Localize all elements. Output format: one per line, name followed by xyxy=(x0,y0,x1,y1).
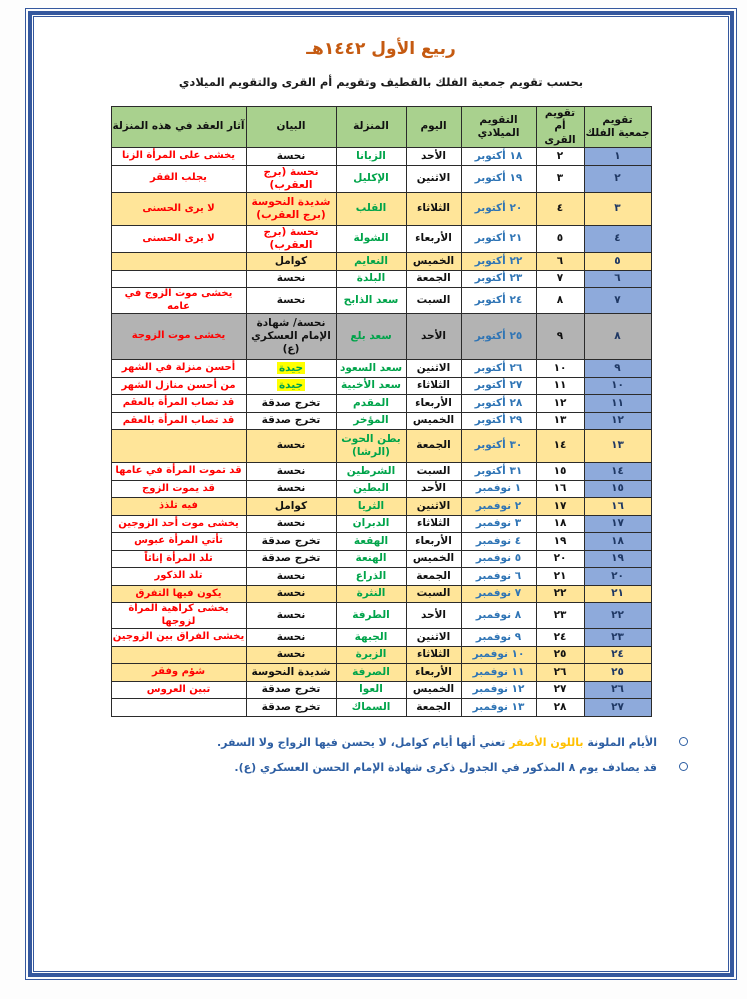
cell-description: نحسة xyxy=(246,148,336,166)
calendar-table-row: ١٨ ١٩ ٤ نوفمبر الأربعاء الهقعة تخرج صدقة… xyxy=(111,533,651,551)
calendar-table-row: ١٣ ١٤ ٣٠ أكتوبر الجمعة بطن الحوت (الرشا)… xyxy=(111,430,651,463)
cell-falak-day-number: ٢ xyxy=(584,165,651,192)
cell-falak-day-number: ١٥ xyxy=(584,480,651,498)
cell-contract-effect: تبين العروس xyxy=(111,681,246,699)
calendar-table-row: ٢ ٣ ١٩ أكتوبر الاثنين الإكليل نحسة (برج … xyxy=(111,165,651,192)
cell-umm-alqura-day-number: ١٩ xyxy=(536,533,584,551)
cell-weekday-name: الجمعة xyxy=(406,270,461,288)
cell-contract-effect: يخشى على المرأة الزنا xyxy=(111,148,246,166)
header-umm-alqura-calendar: تقويم أم القرى xyxy=(536,107,584,148)
header-lunar-mansion: المنزلة xyxy=(336,107,406,148)
cell-contract-effect xyxy=(111,646,246,664)
page: { "title": "ربيع الأول ١٤٤٢هـ", "subtitl… xyxy=(0,0,747,999)
cell-description: جيدة xyxy=(246,360,336,378)
cell-umm-alqura-day-number: ٢٦ xyxy=(536,664,584,682)
cell-description: شديدة النحوسة (برج العقرب) xyxy=(246,192,336,225)
cell-contract-effect: فيه تلذذ xyxy=(111,498,246,516)
cell-falak-day-number: ١٣ xyxy=(584,430,651,463)
cell-description: نحسة xyxy=(246,568,336,586)
cell-umm-alqura-day-number: ١٠ xyxy=(536,360,584,378)
cell-gregorian-date: ١٢ نوفمبر xyxy=(461,681,536,699)
cell-gregorian-date: ٨ نوفمبر xyxy=(461,603,536,629)
cell-lunar-mansion-name: الإكليل xyxy=(336,165,406,192)
cell-falak-day-number: ١٩ xyxy=(584,550,651,568)
cell-umm-alqura-day-number: ٥ xyxy=(536,225,584,252)
cell-falak-day-number: ٣ xyxy=(584,192,651,225)
cell-weekday-name: الأحد xyxy=(406,603,461,629)
cell-falak-day-number: ٢٠ xyxy=(584,568,651,586)
cell-lunar-mansion-name: بطن الحوت (الرشا) xyxy=(336,430,406,463)
calendar-table-row: ٢٢ ٢٣ ٨ نوفمبر الأحد الطرفة نحسة يخشى كر… xyxy=(111,603,651,629)
cell-gregorian-date: ٧ نوفمبر xyxy=(461,585,536,603)
cell-umm-alqura-day-number: ١٢ xyxy=(536,395,584,413)
calendar-table-row: ١٩ ٢٠ ٥ نوفمبر الخميس الهنعة تخرج صدقة ت… xyxy=(111,550,651,568)
cell-description: تخرج صدقة xyxy=(246,412,336,430)
cell-contract-effect: تلد المرأة إناثاً xyxy=(111,550,246,568)
cell-umm-alqura-day-number: ٢٥ xyxy=(536,646,584,664)
cell-description: نحسة xyxy=(246,629,336,647)
page-border-frame-mid: ربيع الأول ١٤٤٢هـ بحسب تقويم جمعية الفلك… xyxy=(28,11,734,977)
cell-description: نحسة (برج العقرب) xyxy=(246,225,336,252)
calendar-table-row: ١١ ١٢ ٢٨ أكتوبر الأربعاء المقدم تخرج صدق… xyxy=(111,395,651,413)
cell-falak-day-number: ٢٤ xyxy=(584,646,651,664)
cell-weekday-name: الخميس xyxy=(406,253,461,271)
cell-description: نحسة xyxy=(246,430,336,463)
cell-umm-alqura-day-number: ٢٢ xyxy=(536,585,584,603)
cell-gregorian-date: ٣ نوفمبر xyxy=(461,515,536,533)
cell-description: جيدة xyxy=(246,377,336,395)
calendar-table-row: ٨ ٩ ٢٥ أكتوبر الأحد سعد بلع نحسة/ شهادة … xyxy=(111,314,651,360)
cell-lunar-mansion-name: الذراع xyxy=(336,568,406,586)
cell-weekday-name: السبت xyxy=(406,463,461,481)
cell-description: تخرج صدقة xyxy=(246,533,336,551)
cell-weekday-name: الاثنين xyxy=(406,165,461,192)
cell-lunar-mansion-name: الثريا xyxy=(336,498,406,516)
cell-description: تخرج صدقة xyxy=(246,395,336,413)
cell-description: نحسة xyxy=(246,463,336,481)
calendar-table-row: ٦ ٧ ٢٣ أكتوبر الجمعة البلدة نحسة xyxy=(111,270,651,288)
cell-weekday-name: الجمعة xyxy=(406,430,461,463)
yellow-color-phrase: باللون الأصفر xyxy=(509,736,583,749)
calendar-table-row: ٢٠ ٢١ ٦ نوفمبر الجمعة الذراع نحسة تلد ال… xyxy=(111,568,651,586)
cell-lunar-mansion-name: الهقعة xyxy=(336,533,406,551)
calendar-table-row: ٢٣ ٢٤ ٩ نوفمبر الاثنين الجبهة نحسة يخشى … xyxy=(111,629,651,647)
cell-contract-effect: من أحسن منازل الشهر xyxy=(111,377,246,395)
calendar-table-row: ٢٦ ٢٧ ١٢ نوفمبر الخميس العوا تخرج صدقة ت… xyxy=(111,681,651,699)
cell-umm-alqura-day-number: ١٧ xyxy=(536,498,584,516)
cell-gregorian-date: ٢ نوفمبر xyxy=(461,498,536,516)
cell-lunar-mansion-name: المقدم xyxy=(336,395,406,413)
cell-contract-effect: قد تصاب المرأة بالعقم xyxy=(111,395,246,413)
cell-falak-day-number: ١٤ xyxy=(584,463,651,481)
cell-contract-effect xyxy=(111,270,246,288)
cell-lunar-mansion-name: سعد الذابح xyxy=(336,288,406,314)
cell-falak-day-number: ٨ xyxy=(584,314,651,360)
calendar-table-row: ٤ ٥ ٢١ أكتوبر الأربعاء الشولة نحسة (برج … xyxy=(111,225,651,252)
cell-falak-day-number: ١٨ xyxy=(584,533,651,551)
cell-lunar-mansion-name: سعد بلع xyxy=(336,314,406,360)
cell-contract-effect xyxy=(111,699,246,717)
cell-weekday-name: الأحد xyxy=(406,314,461,360)
cell-lunar-mansion-name: البطين xyxy=(336,480,406,498)
header-description: البيان xyxy=(246,107,336,148)
cell-lunar-mansion-name: النثرة xyxy=(336,585,406,603)
cell-contract-effect: شؤم وفقر xyxy=(111,664,246,682)
cell-weekday-name: الأحد xyxy=(406,480,461,498)
calendar-table-row: ١٤ ١٥ ٣١ أكتوبر السبت الشرطين نحسة قد تم… xyxy=(111,463,651,481)
cell-umm-alqura-day-number: ٢٨ xyxy=(536,699,584,717)
cell-contract-effect: يخشى موت أحد الزوجين xyxy=(111,515,246,533)
cell-lunar-mansion-name: الطرفة xyxy=(336,603,406,629)
cell-falak-day-number: ١٦ xyxy=(584,498,651,516)
calendar-table: تقويم جمعية الفلك تقويم أم القرى التقويم… xyxy=(111,106,652,717)
cell-umm-alqura-day-number: ١٣ xyxy=(536,412,584,430)
cell-contract-effect: لا يرى الحسنى xyxy=(111,225,246,252)
cell-description: نحسة xyxy=(246,603,336,629)
cell-weekday-name: الخميس xyxy=(406,681,461,699)
cell-weekday-name: الثلاثاء xyxy=(406,515,461,533)
note-yellow-days: الأيام الملونة باللون الأصفر تعني أنها أ… xyxy=(54,735,688,750)
cell-contract-effect: لا يرى الحسنى xyxy=(111,192,246,225)
cell-description: نحسة xyxy=(246,270,336,288)
cell-lunar-mansion-name: الهنعة xyxy=(336,550,406,568)
bullet-circle-icon xyxy=(679,737,688,746)
cell-contract-effect: يخشى كراهية المرأة لزوجها xyxy=(111,603,246,629)
cell-falak-day-number: ٤ xyxy=(584,225,651,252)
calendar-table-row: ٩ ١٠ ٢٦ أكتوبر الاثنين سعد السعود جيدة أ… xyxy=(111,360,651,378)
cell-falak-day-number: ١٠ xyxy=(584,377,651,395)
cell-weekday-name: الأربعاء xyxy=(406,395,461,413)
cell-contract-effect: يجلب الفقر xyxy=(111,165,246,192)
cell-contract-effect: تلد الذكور xyxy=(111,568,246,586)
cell-lunar-mansion-name: المؤخر xyxy=(336,412,406,430)
calendar-table-row: ٥ ٦ ٢٢ أكتوبر الخميس النعايم كوامل xyxy=(111,253,651,271)
cell-falak-day-number: ٢٧ xyxy=(584,699,651,717)
cell-gregorian-date: ٢٨ أكتوبر xyxy=(461,395,536,413)
cell-falak-day-number: ١٧ xyxy=(584,515,651,533)
cell-umm-alqura-day-number: ١٤ xyxy=(536,430,584,463)
cell-umm-alqura-day-number: ١١ xyxy=(536,377,584,395)
cell-gregorian-date: ١ نوفمبر xyxy=(461,480,536,498)
cell-falak-day-number: ١٢ xyxy=(584,412,651,430)
cell-lunar-mansion-name: الزبرة xyxy=(336,646,406,664)
cell-description: نحسة xyxy=(246,480,336,498)
cell-gregorian-date: ٢٣ أكتوبر xyxy=(461,270,536,288)
note-imam-martyrdom: قد يصادف يوم ٨ المذكور في الجدول ذكرى شه… xyxy=(54,760,688,775)
cell-description: نحسة xyxy=(246,515,336,533)
calendar-table-row: ٢٥ ٢٦ ١١ نوفمبر الأربعاء الصرفة شديدة ال… xyxy=(111,664,651,682)
cell-umm-alqura-day-number: ٢٧ xyxy=(536,681,584,699)
cell-gregorian-date: ٢٩ أكتوبر xyxy=(461,412,536,430)
cell-description: نحسة xyxy=(246,288,336,314)
cell-contract-effect: قد تموت المرأة في عامها xyxy=(111,463,246,481)
cell-description: نحسة xyxy=(246,585,336,603)
cell-falak-day-number: ٢٦ xyxy=(584,681,651,699)
cell-lunar-mansion-name: الصرفة xyxy=(336,664,406,682)
cell-contract-effect xyxy=(111,430,246,463)
cell-description: نحسة (برج العقرب) xyxy=(246,165,336,192)
cell-lunar-mansion-name: سعد السعود xyxy=(336,360,406,378)
cell-umm-alqura-day-number: ٢١ xyxy=(536,568,584,586)
cell-weekday-name: الأربعاء xyxy=(406,225,461,252)
cell-weekday-name: السبت xyxy=(406,585,461,603)
calendar-table-row: ٣ ٤ ٢٠ أكتوبر الثلاثاء القلب شديدة النحو… xyxy=(111,192,651,225)
header-day: اليوم xyxy=(406,107,461,148)
cell-description: تخرج صدقة xyxy=(246,699,336,717)
page-border-frame-outer: ربيع الأول ١٤٤٢هـ بحسب تقويم جمعية الفلك… xyxy=(25,8,737,980)
calendar-table-row: ١٠ ١١ ٢٧ أكتوبر الثلاثاء سعد الأخبية جيد… xyxy=(111,377,651,395)
cell-falak-day-number: ١ xyxy=(584,148,651,166)
cell-contract-effect: يخشى الفراق بين الزوجين xyxy=(111,629,246,647)
cell-gregorian-date: ٢٧ أكتوبر xyxy=(461,377,536,395)
cell-contract-effect xyxy=(111,253,246,271)
cell-description: تخرج صدقة xyxy=(246,681,336,699)
cell-gregorian-date: ٢٥ أكتوبر xyxy=(461,314,536,360)
cell-umm-alqura-day-number: ٩ xyxy=(536,314,584,360)
page-subtitle: بحسب تقويم جمعية الفلك بالقطيف وتقويم أم… xyxy=(34,75,728,89)
cell-falak-day-number: ٢٥ xyxy=(584,664,651,682)
cell-weekday-name: الاثنين xyxy=(406,360,461,378)
cell-umm-alqura-day-number: ٢٠ xyxy=(536,550,584,568)
cell-gregorian-date: ١٠ نوفمبر xyxy=(461,646,536,664)
cell-description: شديدة النحوسة xyxy=(246,664,336,682)
cell-weekday-name: الثلاثاء xyxy=(406,192,461,225)
cell-lunar-mansion-name: سعد الأخبية xyxy=(336,377,406,395)
cell-umm-alqura-day-number: ٢٤ xyxy=(536,629,584,647)
cell-falak-day-number: ٢٣ xyxy=(584,629,651,647)
cell-weekday-name: الثلاثاء xyxy=(406,377,461,395)
cell-weekday-name: الأحد xyxy=(406,148,461,166)
cell-weekday-name: الاثنين xyxy=(406,498,461,516)
cell-umm-alqura-day-number: ١٥ xyxy=(536,463,584,481)
cell-umm-alqura-day-number: ٢٣ xyxy=(536,603,584,629)
page-content: ربيع الأول ١٤٤٢هـ بحسب تقويم جمعية الفلك… xyxy=(33,16,729,972)
calendar-table-row: ٢١ ٢٢ ٧ نوفمبر السبت النثرة نحسة يكون في… xyxy=(111,585,651,603)
header-falak-society-calendar: تقويم جمعية الفلك xyxy=(584,107,651,148)
cell-lunar-mansion-name: النعايم xyxy=(336,253,406,271)
cell-lunar-mansion-name: العوا xyxy=(336,681,406,699)
cell-lunar-mansion-name: السماك xyxy=(336,699,406,717)
cell-lunar-mansion-name: القلب xyxy=(336,192,406,225)
cell-lunar-mansion-name: البلدة xyxy=(336,270,406,288)
cell-umm-alqura-day-number: ٤ xyxy=(536,192,584,225)
cell-weekday-name: الأربعاء xyxy=(406,533,461,551)
calendar-table-row: ١٢ ١٣ ٢٩ أكتوبر الخميس المؤخر تخرج صدقة … xyxy=(111,412,651,430)
cell-gregorian-date: ٣١ أكتوبر xyxy=(461,463,536,481)
header-contract-effects: آثار العقد في هذه المنزلة xyxy=(111,107,246,148)
cell-gregorian-date: ٢٢ أكتوبر xyxy=(461,253,536,271)
footnotes: الأيام الملونة باللون الأصفر تعني أنها أ… xyxy=(54,735,688,776)
calendar-table-row: ١٦ ١٧ ٢ نوفمبر الاثنين الثريا كوامل فيه … xyxy=(111,498,651,516)
page-title: ربيع الأول ١٤٤٢هـ xyxy=(34,39,728,59)
note-imam-martyrdom-text: قد يصادف يوم ٨ المذكور في الجدول ذكرى شه… xyxy=(234,760,657,775)
cell-umm-alqura-day-number: ٦ xyxy=(536,253,584,271)
cell-falak-day-number: ٥ xyxy=(584,253,651,271)
cell-contract-effect: قد يموت الزوج xyxy=(111,480,246,498)
cell-umm-alqura-day-number: ١٨ xyxy=(536,515,584,533)
cell-contract-effect: يخشى موت الزوجة xyxy=(111,314,246,360)
cell-weekday-name: الثلاثاء xyxy=(406,646,461,664)
cell-lunar-mansion-name: الشرطين xyxy=(336,463,406,481)
cell-contract-effect: أحسن منزلة في الشهر xyxy=(111,360,246,378)
cell-description: نحسة/ شهادة الإمام العسكري (ع) xyxy=(246,314,336,360)
cell-umm-alqura-day-number: ٨ xyxy=(536,288,584,314)
calendar-table-row: ١ ٢ ١٨ أكتوبر الأحد الزبانا نحسة يخشى عل… xyxy=(111,148,651,166)
calendar-table-row: ١٥ ١٦ ١ نوفمبر الأحد البطين نحسة قد يموت… xyxy=(111,480,651,498)
header-row: تقويم جمعية الفلك تقويم أم القرى التقويم… xyxy=(111,107,651,148)
calendar-table-row: ١٧ ١٨ ٣ نوفمبر الثلاثاء الدبران نحسة يخش… xyxy=(111,515,651,533)
cell-weekday-name: الجمعة xyxy=(406,568,461,586)
cell-gregorian-date: ٥ نوفمبر xyxy=(461,550,536,568)
cell-falak-day-number: ٦ xyxy=(584,270,651,288)
header-gregorian-calendar: التقويم الميلادي xyxy=(461,107,536,148)
cell-gregorian-date: ١٣ نوفمبر xyxy=(461,699,536,717)
cell-weekday-name: الجمعة xyxy=(406,699,461,717)
cell-weekday-name: الأربعاء xyxy=(406,664,461,682)
cell-gregorian-date: ٦ نوفمبر xyxy=(461,568,536,586)
cell-umm-alqura-day-number: ٢ xyxy=(536,148,584,166)
cell-lunar-mansion-name: الدبران xyxy=(336,515,406,533)
cell-weekday-name: الخميس xyxy=(406,412,461,430)
cell-contract-effect: تأتي المرأة عبوس xyxy=(111,533,246,551)
cell-description: كوامل xyxy=(246,253,336,271)
cell-gregorian-date: ٢١ أكتوبر xyxy=(461,225,536,252)
calendar-table-row: ٢٤ ٢٥ ١٠ نوفمبر الثلاثاء الزبرة نحسة xyxy=(111,646,651,664)
cell-gregorian-date: ٢٤ أكتوبر xyxy=(461,288,536,314)
cell-description: كوامل xyxy=(246,498,336,516)
cell-falak-day-number: ٢٢ xyxy=(584,603,651,629)
calendar-table-row: ٢٧ ٢٨ ١٣ نوفمبر الجمعة السماك تخرج صدقة xyxy=(111,699,651,717)
cell-lunar-mansion-name: الشولة xyxy=(336,225,406,252)
cell-gregorian-date: ٤ نوفمبر xyxy=(461,533,536,551)
cell-contract-effect: يخشى موت الزوج في عامه xyxy=(111,288,246,314)
calendar-table-row: ٧ ٨ ٢٤ أكتوبر السبت سعد الذابح نحسة يخشى… xyxy=(111,288,651,314)
bullet-circle-icon xyxy=(679,762,688,771)
cell-gregorian-date: ١٨ أكتوبر xyxy=(461,148,536,166)
cell-gregorian-date: ١١ نوفمبر xyxy=(461,664,536,682)
cell-weekday-name: السبت xyxy=(406,288,461,314)
cell-falak-day-number: ٢١ xyxy=(584,585,651,603)
cell-contract-effect: قد تصاب المرأة بالعقم xyxy=(111,412,246,430)
cell-contract-effect: يكون فيها التفرق xyxy=(111,585,246,603)
cell-lunar-mansion-name: الزبانا xyxy=(336,148,406,166)
cell-description: تخرج صدقة xyxy=(246,550,336,568)
note-yellow-days-text: الأيام الملونة باللون الأصفر تعني أنها أ… xyxy=(217,735,657,750)
cell-gregorian-date: ٢٦ أكتوبر xyxy=(461,360,536,378)
cell-gregorian-date: ٢٠ أكتوبر xyxy=(461,192,536,225)
cell-falak-day-number: ٩ xyxy=(584,360,651,378)
cell-gregorian-date: ٣٠ أكتوبر xyxy=(461,430,536,463)
cell-gregorian-date: ١٩ أكتوبر xyxy=(461,165,536,192)
cell-gregorian-date: ٩ نوفمبر xyxy=(461,629,536,647)
cell-weekday-name: الخميس xyxy=(406,550,461,568)
cell-falak-day-number: ٧ xyxy=(584,288,651,314)
cell-falak-day-number: ١١ xyxy=(584,395,651,413)
cell-lunar-mansion-name: الجبهة xyxy=(336,629,406,647)
cell-umm-alqura-day-number: ٧ xyxy=(536,270,584,288)
cell-umm-alqura-day-number: ١٦ xyxy=(536,480,584,498)
cell-umm-alqura-day-number: ٣ xyxy=(536,165,584,192)
cell-description: نحسة xyxy=(246,646,336,664)
cell-weekday-name: الاثنين xyxy=(406,629,461,647)
